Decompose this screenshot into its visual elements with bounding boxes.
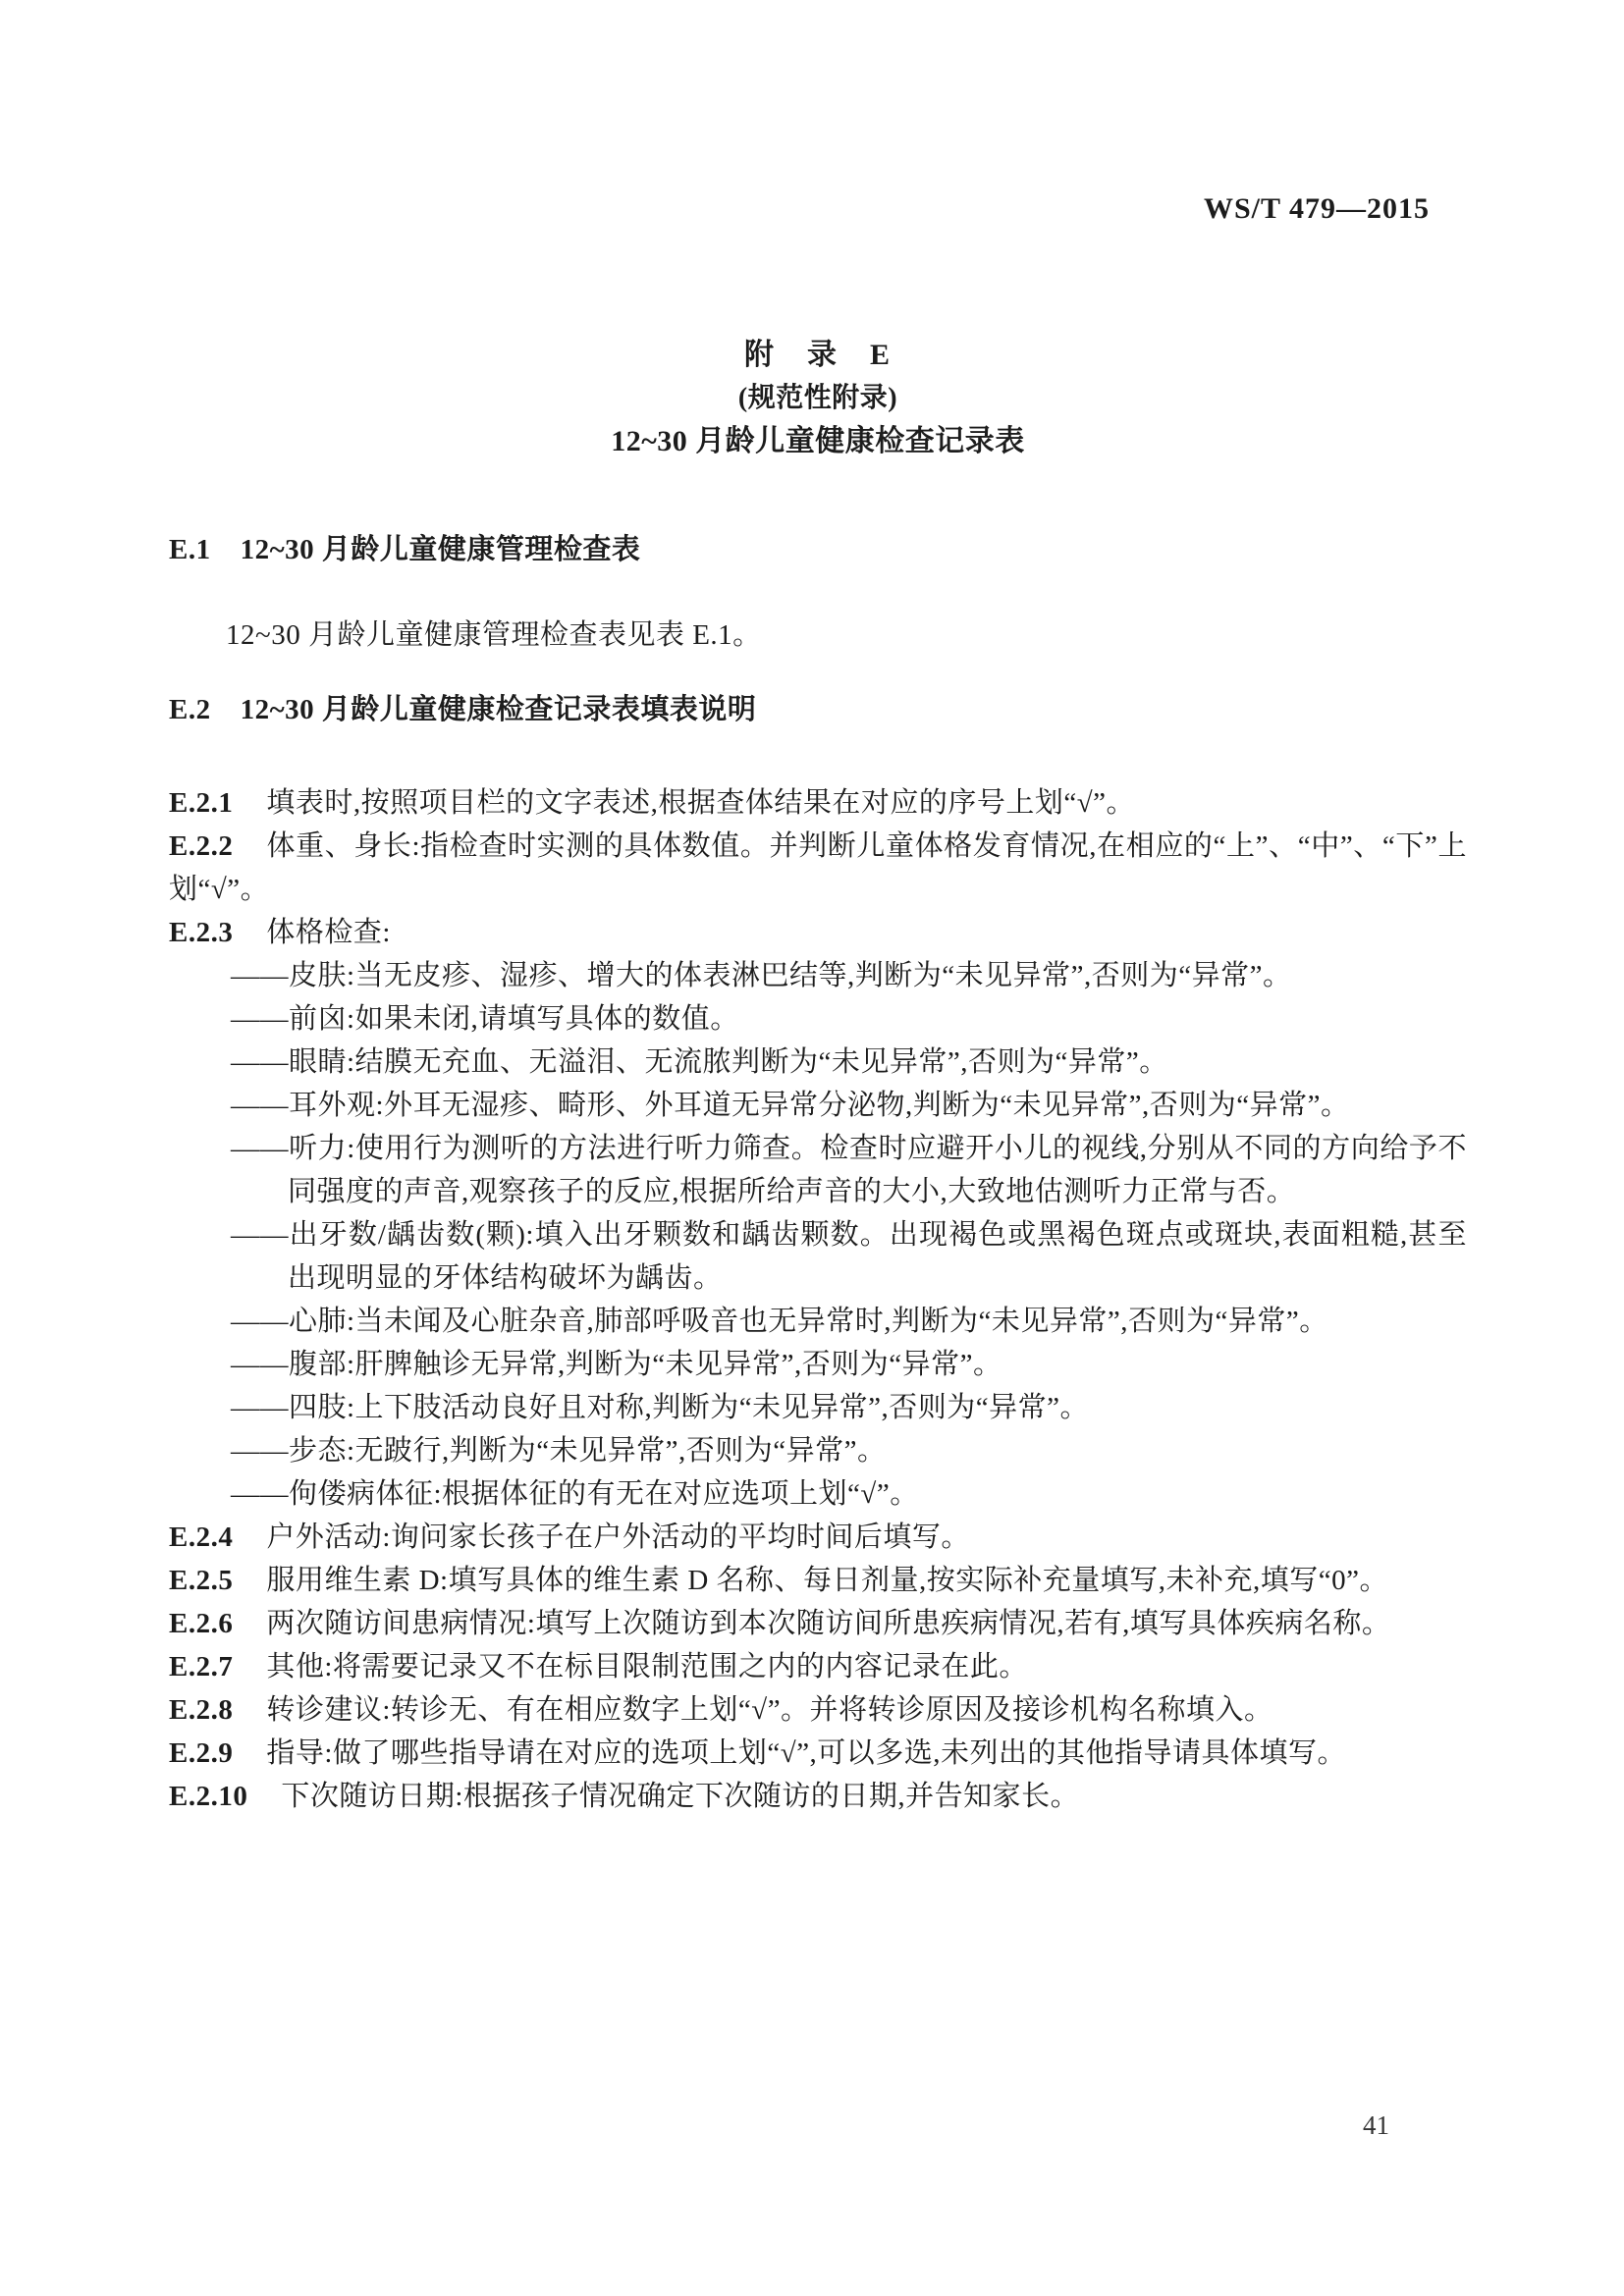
clause-list: E.2.1填表时,按照项目栏的文字表述,根据查体结果在对应的序号上划“√”。 E… <box>169 781 1467 1818</box>
appendix-normative-label: (规范性附录) <box>169 377 1467 420</box>
clause-text: 其他:将需要记录又不在标目限制范围之内的内容记录在此。 <box>266 1651 1028 1682</box>
section-heading-text: 12~30 月龄儿童健康管理检查表 <box>241 534 641 565</box>
standard-number-header: WS/T 479—2015 <box>1204 192 1430 226</box>
clause-number: E.2.8 <box>169 1694 233 1726</box>
section-e2-heading: E.212~30 月龄儿童健康检查记录表填表说明 <box>169 688 1467 731</box>
dash-item-abdomen: ——腹部:肝脾触诊无异常,判断为“未见异常”,否则为“异常”。 <box>169 1343 1467 1386</box>
dash-item-skin: ——皮肤:当无皮疹、湿疹、增大的体表淋巴结等,判断为“未见异常”,否则为“异常”… <box>169 954 1467 997</box>
clause-number: E.1 <box>169 534 211 565</box>
section-e2: E.212~30 月龄儿童健康检查记录表填表说明 E.2.1填表时,按照项目栏的… <box>169 688 1467 1818</box>
clause-number: E.2.7 <box>169 1651 233 1682</box>
clause-e2-9: E.2.9指导:做了哪些指导请在对应的选项上划“√”,可以多选,未列出的其他指导… <box>169 1732 1467 1775</box>
document-body: 附 录 E (规范性附录) 12~30 月龄儿童健康检查记录表 E.112~30… <box>169 334 1467 1818</box>
appendix-heading-block: 附 录 E (规范性附录) 12~30 月龄儿童健康检查记录表 <box>169 334 1467 463</box>
clause-e2-2: E.2.2体重、身长:指检查时实测的具体数值。并判断儿童体格发育情况,在相应的“… <box>169 825 1467 911</box>
clause-e2-1: E.2.1填表时,按照项目栏的文字表述,根据查体结果在对应的序号上划“√”。 <box>169 781 1467 825</box>
dash-item-eyes: ——眼睛:结膜无充血、无溢泪、无流脓判断为“未见异常”,否则为“异常”。 <box>169 1041 1467 1084</box>
clause-text: 服用维生素 D:填写具体的维生素 D 名称、每日剂量,按实际补充量填写,未补充,… <box>266 1565 1388 1596</box>
clause-number: E.2.2 <box>169 830 233 862</box>
clause-e2-4: E.2.4户外活动:询问家长孩子在户外活动的平均时间后填写。 <box>169 1516 1467 1559</box>
dash-item-hearing: ——听力:使用行为测听的方法进行听力筛查。检查时应避开小儿的视线,分别从不同的方… <box>169 1127 1467 1213</box>
clause-e2-7: E.2.7其他:将需要记录又不在标目限制范围之内的内容记录在此。 <box>169 1645 1467 1688</box>
clause-e2-3: E.2.3体格检查: <box>169 911 1467 954</box>
clause-number: E.2.4 <box>169 1522 233 1553</box>
clause-e2-5: E.2.5服用维生素 D:填写具体的维生素 D 名称、每日剂量,按实际补充量填写… <box>169 1559 1467 1602</box>
clause-text: 填表时,按照项目栏的文字表述,根据查体结果在对应的序号上划“√”。 <box>266 787 1135 819</box>
page-number: 41 <box>1363 2110 1389 2141</box>
clause-text: 户外活动:询问家长孩子在户外活动的平均时间后填写。 <box>266 1522 970 1553</box>
clause-e2-10: E.2.10下次随访日期:根据孩子情况确定下次随访的日期,并告知家长。 <box>169 1775 1467 1818</box>
dash-item-ears: ——耳外观:外耳无湿疹、畸形、外耳道无异常分泌物,判断为“未见异常”,否则为“异… <box>169 1084 1467 1127</box>
physical-exam-dash-list: ——皮肤:当无皮疹、湿疹、增大的体表淋巴结等,判断为“未见异常”,否则为“异常”… <box>169 954 1467 1516</box>
clause-text: 两次随访间患病情况:填写上次随访到本次随访间所患疾病情况,若有,填写具体疾病名称… <box>266 1608 1390 1639</box>
clause-text: 下次随访日期:根据孩子情况确定下次随访的日期,并告知家长。 <box>281 1781 1079 1812</box>
dash-item-gait: ——步态:无跛行,判断为“未见异常”,否则为“异常”。 <box>169 1429 1467 1472</box>
appendix-label: 附 录 E <box>169 334 1467 377</box>
clause-number: E.2.10 <box>169 1781 247 1812</box>
dash-item-teeth-caries: ——出牙数/龋齿数(颗):填入出牙颗数和龋齿颗数。出现褐色或黑褐色斑点或斑块,表… <box>169 1213 1467 1300</box>
clause-number: E.2.6 <box>169 1608 233 1639</box>
clause-number: E.2.5 <box>169 1565 233 1596</box>
clause-e2-8: E.2.8转诊建议:转诊无、有在相应数字上划“√”。并将转诊原因及接诊机构名称填… <box>169 1688 1467 1732</box>
clause-text: 体格检查: <box>266 917 391 948</box>
clause-number: E.2.9 <box>169 1737 233 1769</box>
dash-item-fontanelle: ——前囟:如果未闭,请填写具体的数值。 <box>169 997 1467 1041</box>
section-e1-heading: E.112~30 月龄儿童健康管理检查表 <box>169 528 1467 571</box>
clause-number: E.2.1 <box>169 787 233 819</box>
dash-item-limbs: ——四肢:上下肢活动良好且对称,判断为“未见异常”,否则为“异常”。 <box>169 1386 1467 1429</box>
document-page: WS/T 479—2015 附 录 E (规范性附录) 12~30 月龄儿童健康… <box>0 0 1624 2296</box>
clause-number: E.2 <box>169 694 211 725</box>
section-e1-paragraph: 12~30 月龄儿童健康管理检查表见表 E.1。 <box>169 614 1467 657</box>
clause-text: 转诊建议:转诊无、有在相应数字上划“√”。并将转诊原因及接诊机构名称填入。 <box>266 1694 1272 1726</box>
appendix-title: 12~30 月龄儿童健康检查记录表 <box>169 420 1467 463</box>
section-heading-text: 12~30 月龄儿童健康检查记录表填表说明 <box>241 694 757 725</box>
clause-e2-6: E.2.6两次随访间患病情况:填写上次随访到本次随访间所患疾病情况,若有,填写具… <box>169 1602 1467 1645</box>
dash-item-heart-lung: ——心肺:当未闻及心脏杂音,肺部呼吸音也无异常时,判断为“未见异常”,否则为“异… <box>169 1300 1467 1343</box>
section-e1: E.112~30 月龄儿童健康管理检查表 12~30 月龄儿童健康管理检查表见表… <box>169 528 1467 657</box>
clause-number: E.2.3 <box>169 917 233 948</box>
clause-text: 指导:做了哪些指导请在对应的选项上划“√”,可以多选,未列出的其他指导请具体填写… <box>266 1737 1346 1769</box>
dash-item-rickets-signs: ——佝偻病体征:根据体征的有无在对应选项上划“√”。 <box>169 1472 1467 1516</box>
clause-text: 体重、身长:指检查时实测的具体数值。并判断儿童体格发育情况,在相应的“上”、“中… <box>169 830 1467 905</box>
